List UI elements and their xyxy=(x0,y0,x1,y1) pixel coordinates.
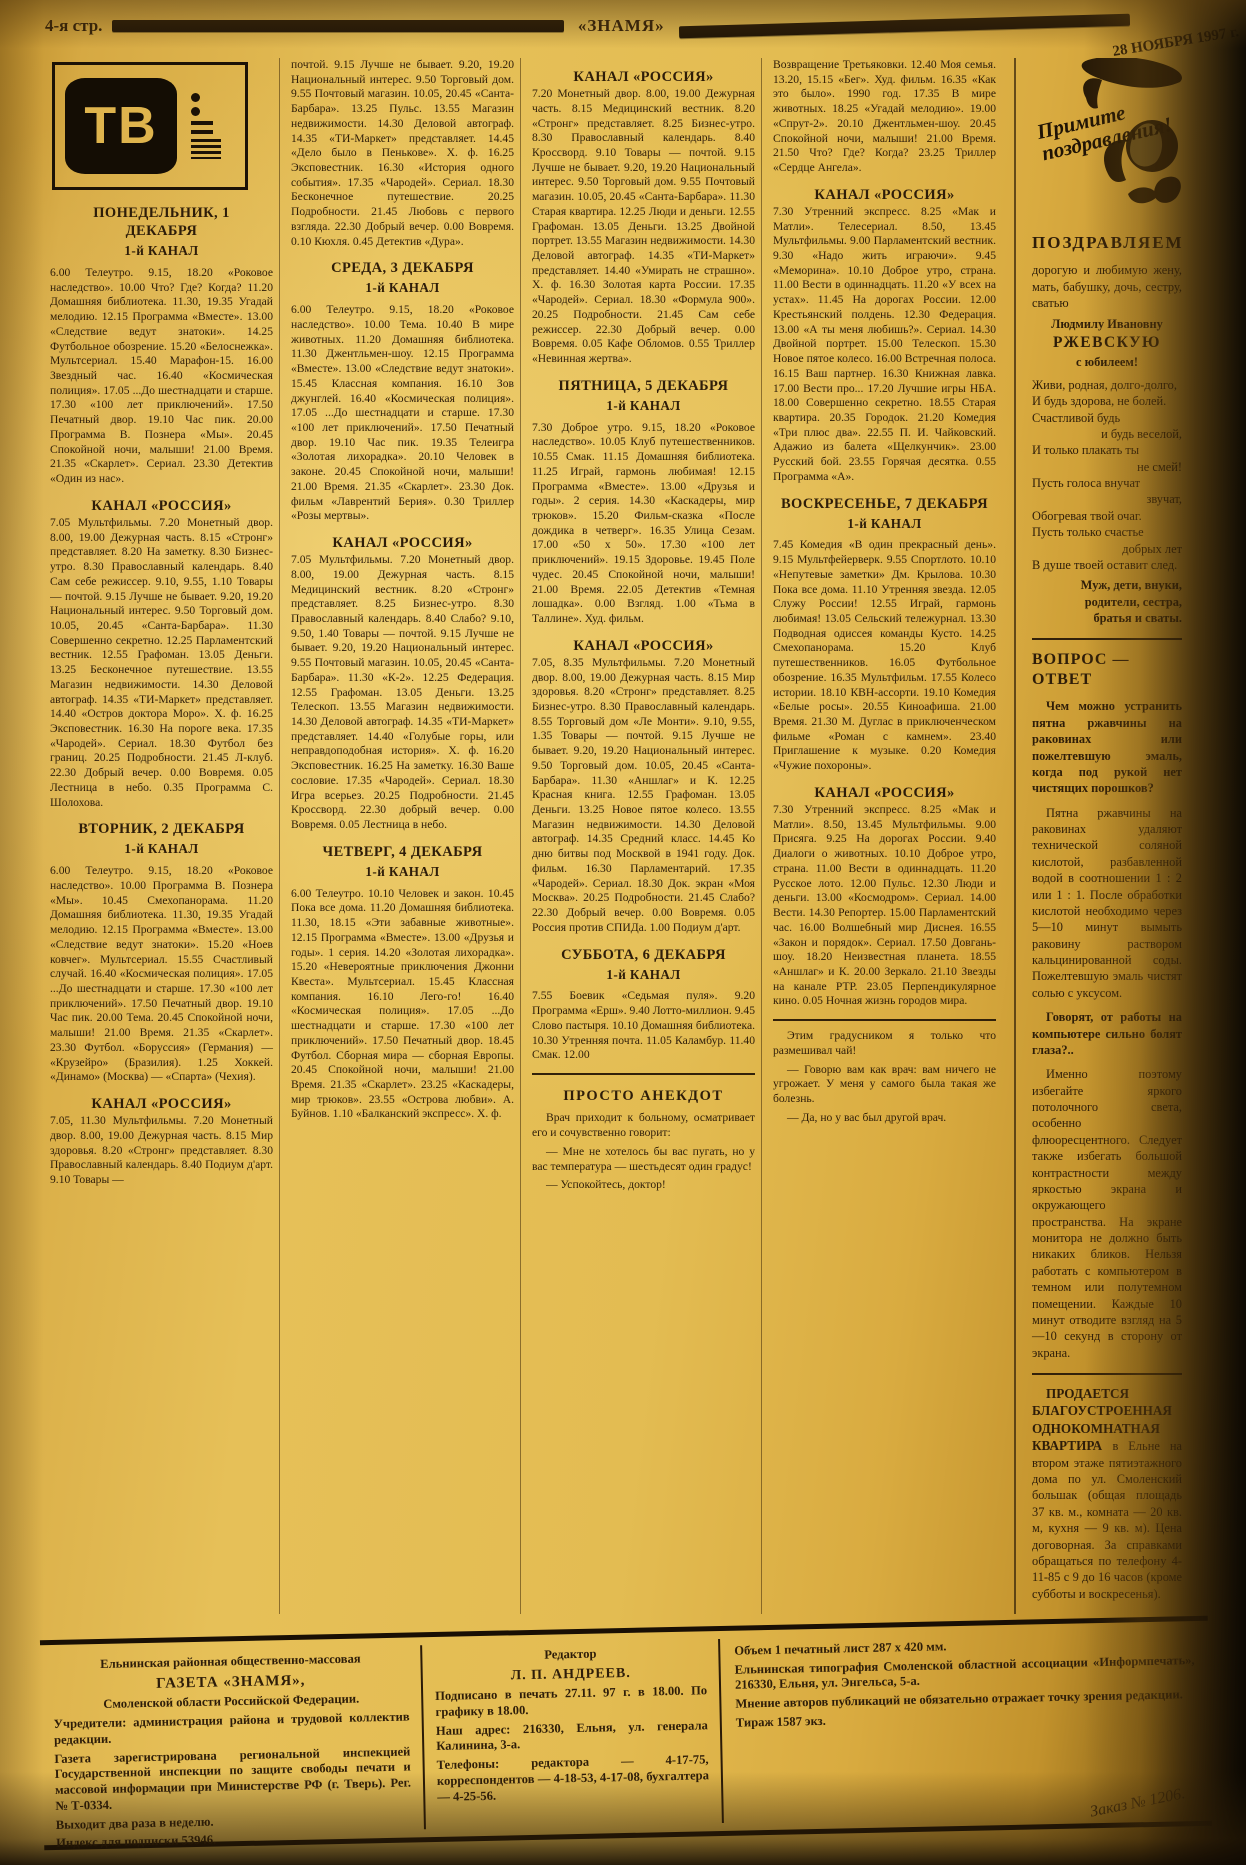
anecdote-heading: ПРОСТО АНЕКДОТ xyxy=(532,1087,755,1105)
program-text: — Успокойтесь, доктор! xyxy=(532,1178,755,1193)
imprint-line: Подписано в печать 27.11. 97 г. в 18.00.… xyxy=(435,1684,708,1721)
day-heading: ВТОРНИК, 2 ДЕКАБРЯ xyxy=(56,820,267,838)
qa-answer: Пятна ржавчины на раковинах удаляют техн… xyxy=(1032,805,1182,1002)
program-section: СРЕДА, 3 ДЕКАБРЯ1-й КАНАЛ6.00 Телеутро. … xyxy=(291,259,514,524)
channel-heading: 1-й КАНАЛ xyxy=(532,398,755,415)
print-order-number: Заказ № 1206. xyxy=(1088,1785,1186,1821)
program-text: 6.00 Телеутро. 9.15, 18.20 «Роковое насл… xyxy=(50,864,273,1085)
program-text: Врач приходит к больному, осматривает ег… xyxy=(532,1111,755,1140)
day-heading: КАНАЛ «РОССИЯ» xyxy=(538,68,749,86)
tv-grill-icon xyxy=(191,139,221,159)
imprint-line: Газета зарегистрирована региональной инс… xyxy=(54,1744,411,1814)
imprint-line: Учредители: администрация района и трудо… xyxy=(54,1710,411,1749)
program-section: КАНАЛ «РОССИЯ»7.05 Мультфильмы. 7.20 Мон… xyxy=(291,534,514,833)
program-text: Этим градусником я только что размешивал… xyxy=(773,1029,996,1058)
imprint-line: Л. П. АНДРЕЕВ. xyxy=(435,1663,707,1686)
tv-column-4: Возвращение Третьяковки. 12.40 Моя семья… xyxy=(761,58,1002,1614)
section-divider xyxy=(1032,1373,1182,1375)
qa-items: Чем можно устранить пятна ржавчины на ра… xyxy=(1032,698,1182,1361)
signature-line: Муж, дети, внуки, xyxy=(1032,577,1182,593)
header-rule-right xyxy=(679,14,1131,39)
tv-speaker-decoration xyxy=(191,93,221,159)
main-content: ТВПОНЕДЕЛЬНИК, 1 ДЕКАБРЯ1-й КАНАЛ6.00 Те… xyxy=(50,58,1240,1614)
poem-line: и будь веселой, xyxy=(1032,426,1182,442)
program-text: 7.05, 8.35 Мультфильмы. 7.20 Монетный дв… xyxy=(532,656,755,936)
program-text: 7.55 Боевик «Седьмая пуля». 9.20 Програм… xyxy=(532,989,755,1063)
tv-vent-line xyxy=(191,121,213,125)
program-text: 7.05 Мультфильмы. 7.20 Монетный двор. 8.… xyxy=(291,553,514,833)
qa-heading: ВОПРОС — ОТВЕТ xyxy=(1032,650,1182,690)
tv-column-1: ТВПОНЕДЕЛЬНИК, 1 ДЕКАБРЯ1-й КАНАЛ6.00 Те… xyxy=(50,58,279,1614)
greeting-ornament: Примите поздравления! xyxy=(1032,58,1182,226)
imprint-line: Редактор xyxy=(434,1644,706,1665)
program-text: 6.00 Телеутро. 9.15, 18.20 «Роковое насл… xyxy=(50,266,273,487)
tv-vent-line xyxy=(191,130,213,134)
program-text: 7.30 Утренний экспресс. 8.25 «Мак и Матл… xyxy=(773,205,996,485)
program-section: КАНАЛ «РОССИЯ»7.05, 8.35 Мультфильмы. 7.… xyxy=(532,637,755,936)
program-section: КАНАЛ «РОССИЯ»7.30 Утренний экспресс. 8.… xyxy=(773,186,996,485)
greeting-heading: ПОЗДРАВЛЯЕМ xyxy=(1032,232,1182,254)
day-heading: СРЕДА, 3 ДЕКАБРЯ xyxy=(297,259,508,277)
tv-column-2: почтой. 9.15 Лучше не бывает. 9.20, 19.2… xyxy=(279,58,520,1614)
greeting-surname: РЖЕВСКУЮ xyxy=(1032,333,1182,353)
poem-line: Пусть только счастье xyxy=(1032,524,1182,540)
day-heading: ПОНЕДЕЛЬНИК, 1 ДЕКАБРЯ xyxy=(56,204,267,240)
tv-screen-shape: ТВ xyxy=(65,78,177,174)
poem-line: добрых лет xyxy=(1032,541,1182,557)
issue-date: 28 НОЯБРЯ 1997 г. xyxy=(1112,24,1241,61)
qa-heading-line2: ОТВЕТ xyxy=(1032,670,1182,690)
tv-program-logo: ТВ xyxy=(52,62,248,190)
program-text: 7.45 Комедия «В один прекрасный день». 9… xyxy=(773,538,996,774)
signature-line: родители, сестра, xyxy=(1032,594,1182,610)
program-text: — Говорю вам как врач: вам ничего не угр… xyxy=(773,1063,996,1107)
signature-line: братья и сваты. xyxy=(1032,610,1182,626)
masthead-title: «ЗНАМЯ» xyxy=(574,16,669,36)
program-section: ВОСКРЕСЕНЬЕ, 7 ДЕКАБРЯ1-й КАНАЛ7.45 Коме… xyxy=(773,495,996,774)
program-text: — Да, но у вас был другой врач. xyxy=(773,1111,996,1126)
day-heading: КАНАЛ «РОССИЯ» xyxy=(56,1095,267,1113)
poem-line: Живи, родная, долго-долго, xyxy=(1032,377,1182,393)
ad-lead-text: ПРОДАЕТСЯ БЛАГОУСТРОЕННАЯ ОДНОКОМНАТНАЯ … xyxy=(1032,1386,1172,1453)
qa-answer: Именно поэтому избегайте яркого потолочн… xyxy=(1032,1066,1182,1361)
day-heading: КАНАЛ «РОССИЯ» xyxy=(56,497,267,515)
imprint-line: Индекс для подписки 53946. xyxy=(56,1829,412,1852)
channel-heading: 1-й КАНАЛ xyxy=(773,516,996,533)
program-section: ЧЕТВЕРГ, 4 ДЕКАБРЯ1-й КАНАЛ6.00 Телеутро… xyxy=(291,843,514,1122)
program-section: ПОНЕДЕЛЬНИК, 1 ДЕКАБРЯ1-й КАНАЛ6.00 Теле… xyxy=(50,204,273,487)
channel-heading: 1-й КАНАЛ xyxy=(291,864,514,881)
program-section: Возвращение Третьяковки. 12.40 Моя семья… xyxy=(773,58,996,176)
program-section: КАНАЛ «РОССИЯ»7.05, 11.30 Мультфильмы. 7… xyxy=(50,1095,273,1188)
poem-line: Пусть голоса внучат xyxy=(1032,475,1182,491)
imprint-publisher-block: Ельнинская районная общественно-массовая… xyxy=(40,1645,424,1837)
imprint-footer: Ельнинская районная общественно-массовая… xyxy=(40,1616,1212,1850)
program-section: Этим градусником я только что размешивал… xyxy=(773,1019,996,1125)
poem-line: И будь здорова, не болей. xyxy=(1032,393,1182,409)
poem-line: не смей! xyxy=(1032,459,1182,475)
channel-heading: 1-й КАНАЛ xyxy=(50,841,273,858)
greeting-name: Людмилу Ивановну xyxy=(1032,316,1182,332)
section-divider xyxy=(1032,638,1182,640)
page-number-label: 4-я стр. xyxy=(45,16,102,36)
channel-heading: 1-й КАНАЛ xyxy=(50,243,273,260)
tv-listings: ТВПОНЕДЕЛЬНИК, 1 ДЕКАБРЯ1-й КАНАЛ6.00 Те… xyxy=(50,58,1002,1614)
greeting-signature: Муж, дети, внуки,родители, сестра,братья… xyxy=(1032,577,1182,626)
day-heading: ВОСКРЕСЕНЬЕ, 7 ДЕКАБРЯ xyxy=(779,495,990,513)
imprint-line: Наш адрес: 216330, Ельня, ул. генерала К… xyxy=(436,1718,709,1755)
page-header: 4-я стр. «ЗНАМЯ» xyxy=(45,16,1130,36)
program-text: — Мне не хотелось бы вас пугать, но у ва… xyxy=(532,1145,755,1174)
tv-knob-icon xyxy=(191,93,200,102)
program-section: СУББОТА, 6 ДЕКАБРЯ1-й КАНАЛ7.55 Боевик «… xyxy=(532,946,755,1063)
tv-column-3: КАНАЛ «РОССИЯ»7.20 Монетный двор. 8.00, … xyxy=(520,58,761,1614)
poem-line: звучат, xyxy=(1032,491,1182,507)
greeting-occasion: с юбилеем! xyxy=(1032,354,1182,370)
program-text: 7.05 Мультфильмы. 7.20 Монетный двор. 8.… xyxy=(50,516,273,810)
program-section: ПЯТНИЦА, 5 ДЕКАБРЯ1-й КАНАЛ7.30 Доброе у… xyxy=(532,377,755,627)
program-text: 7.30 Утренний экспресс. 8.25 «Мак и Матл… xyxy=(773,803,996,1009)
right-column: Примите поздравления! ПОЗДРАВЛЯЕМ дорогу… xyxy=(1014,58,1240,1614)
poem-line: В душе твоей оставит след. xyxy=(1032,557,1182,573)
program-text: Возвращение Третьяковки. 12.40 Моя семья… xyxy=(773,58,996,176)
header-rule-left xyxy=(112,20,563,32)
qa-heading-line1: ВОПРОС — xyxy=(1032,650,1182,670)
program-section: ВТОРНИК, 2 ДЕКАБРЯ1-й КАНАЛ6.00 Телеутро… xyxy=(50,820,273,1085)
classified-ad: ПРОДАЕТСЯ БЛАГОУСТРОЕННАЯ ОДНОКОМНАТНАЯ … xyxy=(1032,1385,1182,1602)
greeting-poem: Живи, родная, долго-долго,И будь здорова… xyxy=(1032,377,1182,574)
day-heading: КАНАЛ «РОССИЯ» xyxy=(779,186,990,204)
greeting-intro: дорогую и любимую жену, мать, бабушку, д… xyxy=(1032,262,1182,311)
program-text: 6.00 Телеутро. 10.10 Человек и закон. 10… xyxy=(291,887,514,1123)
qa-question: Говорят, от работы на компьютере сильно … xyxy=(1032,1009,1182,1058)
program-section: КАНАЛ «РОССИЯ»7.05 Мультфильмы. 7.20 Мон… xyxy=(50,497,273,811)
imprint-editor-block: РедакторЛ. П. АНДРЕЕВ.Подписано в печать… xyxy=(420,1639,722,1829)
imprint-print-block: Объем 1 печатный лист 287 х 420 мм.Ельни… xyxy=(718,1629,1212,1823)
program-text: 6.00 Телеутро. 9.15, 18.20 «Роковое насл… xyxy=(291,303,514,524)
day-heading: КАНАЛ «РОССИЯ» xyxy=(779,784,990,802)
day-heading: КАНАЛ «РОССИЯ» xyxy=(538,637,749,655)
day-heading: ЧЕТВЕРГ, 4 ДЕКАБРЯ xyxy=(297,843,508,861)
program-section: КАНАЛ «РОССИЯ»7.30 Утренний экспресс. 8.… xyxy=(773,784,996,1009)
channel-heading: 1-й КАНАЛ xyxy=(532,967,755,984)
poem-line: Обогревая твой очаг. xyxy=(1032,508,1182,524)
channel-heading: 1-й КАНАЛ xyxy=(291,280,514,297)
poem-line: Счастливой будь xyxy=(1032,410,1182,426)
day-heading: ПЯТНИЦА, 5 ДЕКАБРЯ xyxy=(538,377,749,395)
program-section: ПРОСТО АНЕКДОТВрач приходит к больному, … xyxy=(532,1073,755,1193)
program-section: КАНАЛ «РОССИЯ»7.20 Монетный двор. 8.00, … xyxy=(532,68,755,367)
tv-logo-letters: ТВ xyxy=(84,93,157,159)
tv-knob-icon xyxy=(191,107,200,116)
poem-line: И только плакать ты xyxy=(1032,442,1182,458)
program-text: 7.30 Доброе утро. 9.15, 18.20 «Роковое н… xyxy=(532,421,755,627)
newspaper-page: 4-я стр. «ЗНАМЯ» 28 НОЯБРЯ 1997 г. ТВПОН… xyxy=(0,0,1246,1865)
program-text: 7.20 Монетный двор. 8.00, 19.00 Дежурная… xyxy=(532,87,755,367)
day-heading: КАНАЛ «РОССИЯ» xyxy=(297,534,508,552)
imprint-line: Телефоны: редактора — 4-17-75, корреспон… xyxy=(436,1752,709,1805)
program-section: почтой. 9.15 Лучше не бывает. 9.20, 19.2… xyxy=(291,58,514,249)
program-text: 7.05, 11.30 Мультфильмы. 7.20 Монетный д… xyxy=(50,1114,273,1188)
qa-question: Чем можно устранить пятна ржавчины на ра… xyxy=(1032,698,1182,796)
day-heading: СУББОТА, 6 ДЕКАБРЯ xyxy=(538,946,749,964)
classified-ads: ПРОДАЕТСЯ БЛАГОУСТРОЕННАЯ ОДНОКОМНАТНАЯ … xyxy=(1032,1373,1182,1614)
program-text: почтой. 9.15 Лучше не бывает. 9.20, 19.2… xyxy=(291,58,514,249)
